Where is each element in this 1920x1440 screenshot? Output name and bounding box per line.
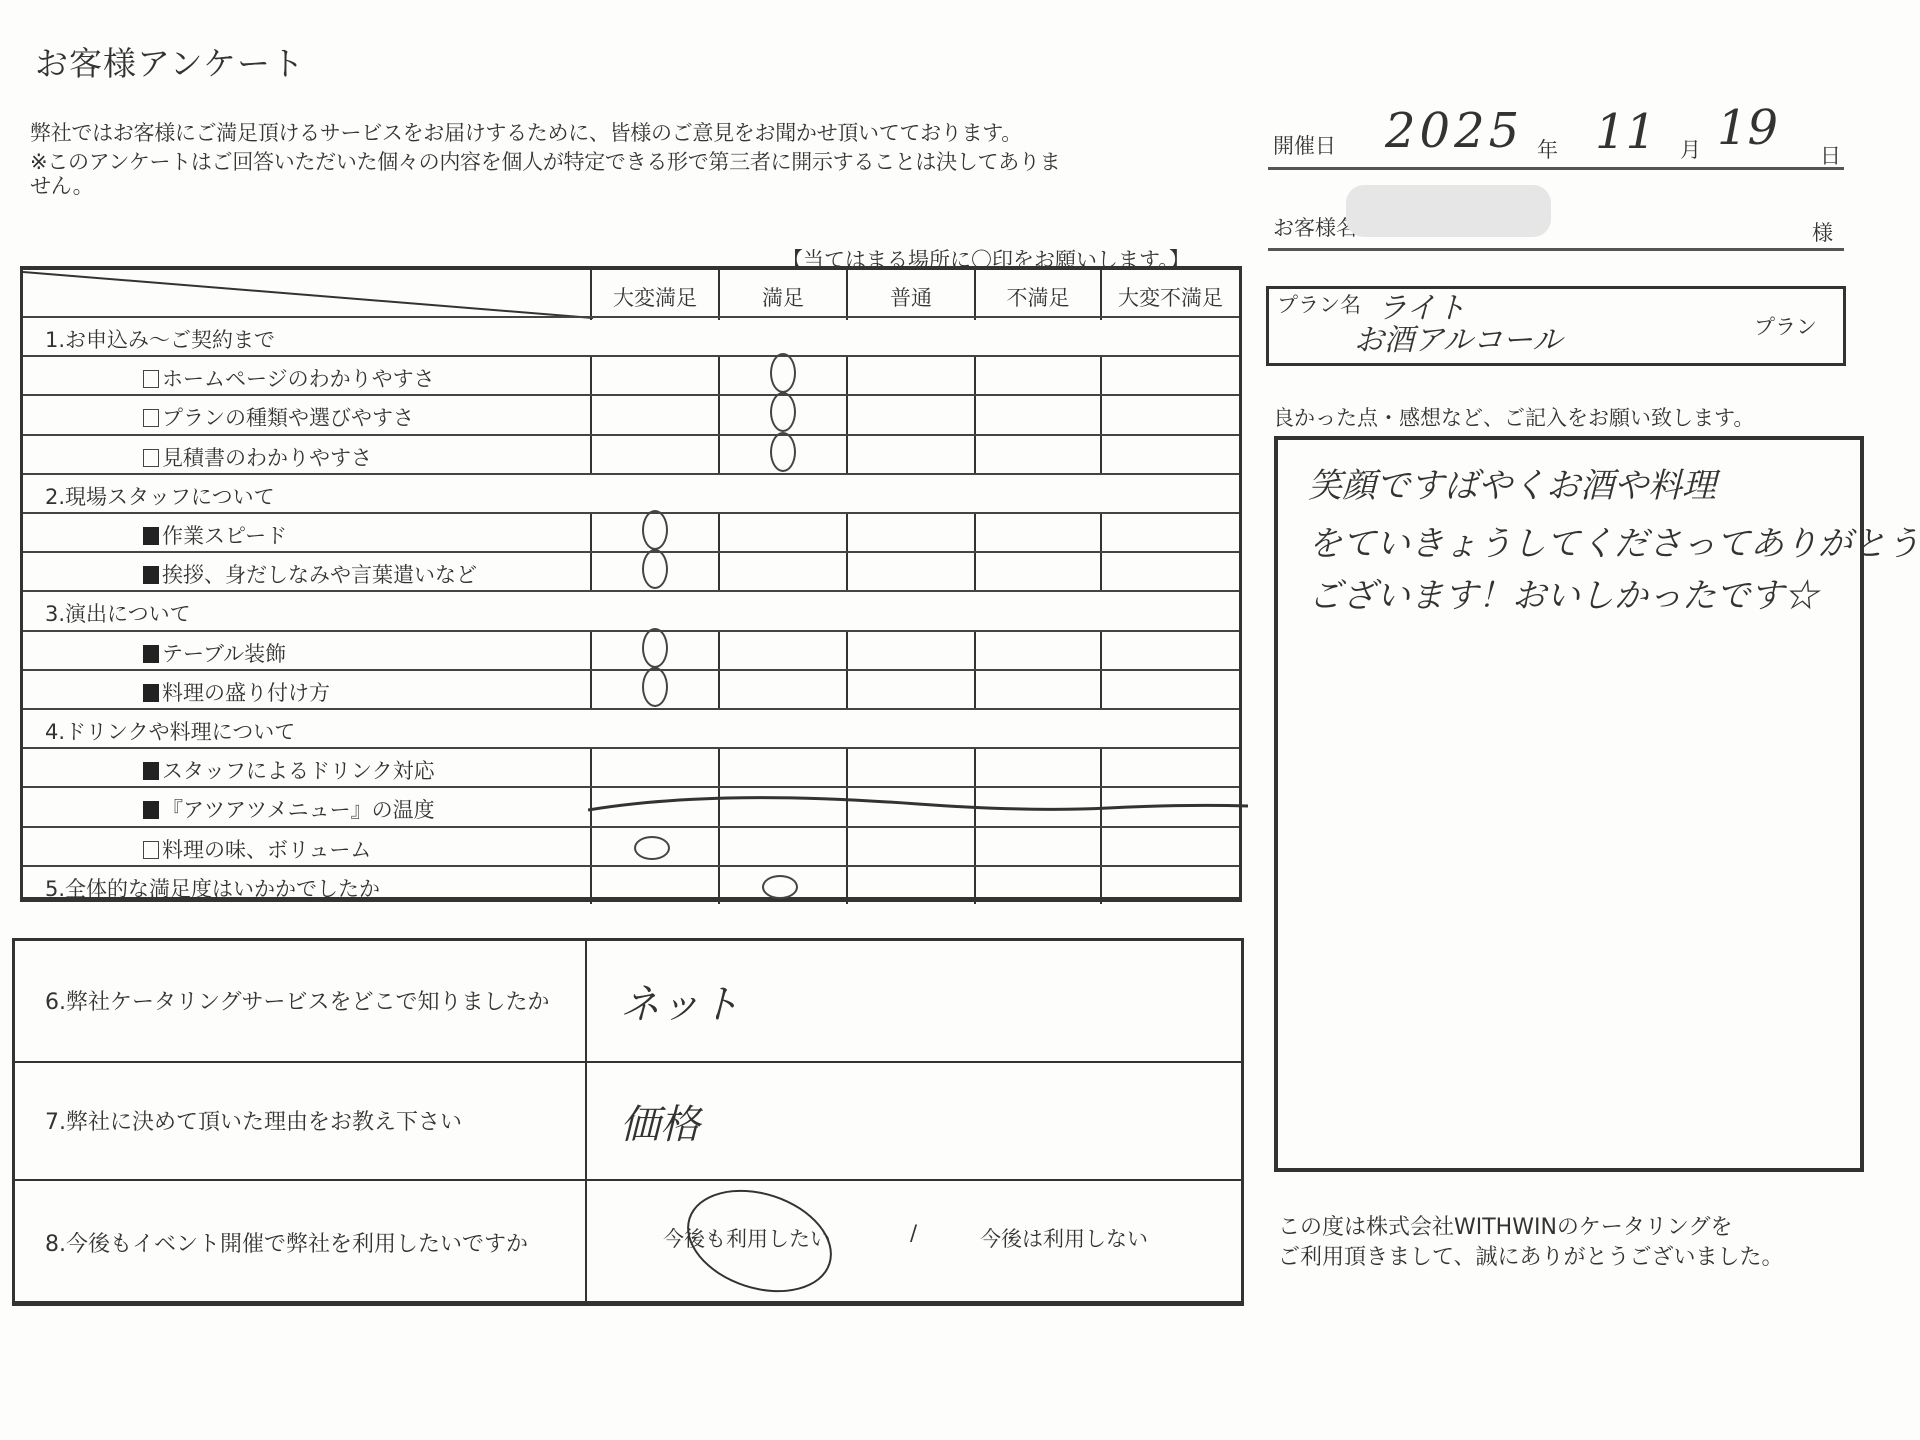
plan-box[interactable]: プラン名 ライト お酒アルコール プラン (1266, 286, 1846, 366)
rating-cell-大変不満足[interactable] (1100, 632, 1239, 669)
row-label: 料理の味、ボリューム (162, 838, 371, 862)
circle-mark (770, 392, 796, 432)
rating-cell-大変満足[interactable] (590, 749, 718, 786)
rating-cell-不満足[interactable] (974, 749, 1100, 786)
rating-row: ホームページのわかりやすさ (23, 355, 1239, 394)
row-label: 3.演出について (45, 602, 191, 626)
rating-cell-大変不満足[interactable] (1100, 867, 1239, 904)
redacted-name (1346, 185, 1551, 237)
rating-cell-普通[interactable] (846, 867, 974, 904)
checkbox-icon (143, 449, 159, 467)
rating-cell-普通[interactable] (846, 514, 974, 551)
question-row-8: 8.今後もイベント開催で弊社を利用したいですか 今後も利用したい / 今後は利用… (15, 1179, 1241, 1304)
row-label: スタッフによるドリンク対応 (162, 759, 435, 783)
rating-row: 料理の盛り付け方 (23, 669, 1239, 708)
rating-cell-満足[interactable] (718, 671, 846, 708)
filled-square-icon (143, 801, 159, 819)
footer-line-1: この度は株式会社WITHWINのケータリングを (1278, 1210, 1732, 1241)
rating-cell-普通[interactable] (846, 396, 974, 433)
rating-cell-普通[interactable] (846, 632, 974, 669)
column-header: 大変不満足 (1100, 270, 1239, 320)
comment-line-2: をていきょうしてくださってありがとう (1308, 516, 1920, 565)
day-unit: 日 (1820, 140, 1841, 170)
rating-cell-普通[interactable] (846, 553, 974, 590)
rating-cell-不満足[interactable] (974, 867, 1100, 904)
intro-line-3: せん。 (30, 170, 93, 200)
answer-7[interactable]: 価格 (620, 1093, 700, 1150)
option-separator: / (910, 1221, 917, 1245)
rating-cell-満足[interactable] (718, 357, 846, 394)
checkbox-icon (143, 841, 159, 859)
rating-row: 作業スピード (23, 512, 1239, 551)
customer-suffix: 様 (1812, 217, 1833, 247)
rating-cell-不満足[interactable] (974, 632, 1100, 669)
rating-cell-普通[interactable] (846, 828, 974, 865)
circle-mark (634, 836, 670, 860)
rating-cell-大変満足[interactable] (590, 632, 718, 669)
question-row-6: 6.弊社ケータリングサービスをどこで知りましたか ネット (15, 941, 1241, 1061)
section-row: 3.演出について (23, 590, 1239, 629)
column-header: 普通 (846, 270, 974, 320)
strike-through-line (588, 788, 1248, 828)
intro-line-2: ※このアンケートはご回答いただいた個々の内容を個人が特定できる形で第三者に開示す… (30, 146, 1060, 176)
rating-cell-満足[interactable] (718, 514, 846, 551)
rating-cell-大変満足[interactable] (590, 514, 718, 551)
circle-mark (770, 432, 796, 472)
lower-question-table: 6.弊社ケータリングサービスをどこで知りましたか ネット 7.弊社に決めて頂いた… (12, 938, 1244, 1306)
row-label: プランの種類や選びやすさ (162, 406, 414, 430)
rating-row: プランの種類や選びやすさ (23, 394, 1239, 433)
year-unit: 年 (1537, 134, 1558, 164)
event-date-year: 2025 (1385, 103, 1523, 159)
rating-cell-満足[interactable] (718, 436, 846, 473)
rating-cell-大変不満足[interactable] (1100, 828, 1239, 865)
rating-cell-不満足[interactable] (974, 553, 1100, 590)
rating-row: スタッフによるドリンク対応 (23, 747, 1239, 786)
checkbox-icon (143, 409, 159, 427)
row-label: 4.ドリンクや料理について (45, 720, 295, 744)
rating-cell-満足[interactable] (718, 553, 846, 590)
rating-row: テーブル装飾 (23, 630, 1239, 669)
circle-mark (642, 549, 668, 589)
rating-cell-不満足[interactable] (974, 357, 1100, 394)
rating-cell-大変満足[interactable] (590, 396, 718, 433)
section-row: 4.ドリンクや料理について (23, 708, 1239, 747)
row-label: 2.現場スタッフについて (45, 485, 275, 509)
rating-cell-普通[interactable] (846, 436, 974, 473)
rating-cell-大変不満足[interactable] (1100, 357, 1239, 394)
rating-row: 挨拶、身だしなみや言葉遣いなど (23, 551, 1239, 590)
customer-underline (1268, 248, 1844, 251)
comment-line-3: ございます！おいしかったです☆ (1308, 568, 1818, 617)
rating-table: 大変満足満足普通不満足大変不満足 1.お申込み～ご契約までホームページのわかりや… (20, 266, 1242, 902)
plan-value-line-2: お酒アルコール (1354, 315, 1562, 359)
circle-mark (642, 667, 668, 707)
month-unit: 月 (1680, 134, 1701, 164)
rating-cell-不満足[interactable] (974, 828, 1100, 865)
header-diagonal (23, 270, 593, 320)
rating-row: 5.全体的な満足度はいかかでしたか (23, 865, 1239, 904)
filled-square-icon (143, 684, 159, 702)
rating-cell-不満足[interactable] (974, 396, 1100, 433)
row-label: 『アツアツメニュー』の温度 (162, 798, 435, 822)
rating-cell-大変不満足[interactable] (1100, 396, 1239, 433)
column-header: 大変満足 (590, 270, 718, 320)
rating-cell-不満足[interactable] (974, 514, 1100, 551)
rating-cell-不満足[interactable] (974, 436, 1100, 473)
rating-cell-普通[interactable] (846, 749, 974, 786)
circle-mark (762, 875, 798, 899)
rating-cell-不満足[interactable] (974, 671, 1100, 708)
column-header: 不満足 (974, 270, 1100, 320)
row-label: テーブル装飾 (162, 642, 286, 666)
comments-box[interactable]: 笑顔ですばやくお酒や料理 をていきょうしてくださってありがとう ございます！おい… (1274, 436, 1864, 1172)
intro-line-1: 弊社ではお客様にご満足頂けるサービスをお届けするために、皆様のご意見をお聞かせ頂… (30, 117, 1022, 147)
comments-label: 良かった点・感想など、ご記入をお願い致します。 (1273, 402, 1754, 432)
question-7: 7.弊社に決めて頂いた理由をお教え下さい (45, 1105, 462, 1136)
rating-row: 『アツアツメニュー』の温度 (23, 786, 1239, 825)
rating-cell-満足[interactable] (718, 828, 846, 865)
rating-cell-大変満足[interactable] (590, 671, 718, 708)
rating-row: 見積書のわかりやすさ (23, 434, 1239, 473)
event-date-label: 開催日 (1273, 130, 1336, 160)
rating-cell-普通[interactable] (846, 671, 974, 708)
page-title: お客様アンケート (35, 38, 305, 85)
circle-mark (770, 353, 796, 393)
row-label: 挨拶、身だしなみや言葉遣いなど (162, 563, 477, 587)
section-row: 1.お申込み～ご契約まで (23, 316, 1239, 355)
selected-circle-mark (674, 1172, 845, 1309)
plan-suffix: プラン (1754, 311, 1817, 341)
rating-cell-大変不満足[interactable] (1100, 671, 1239, 708)
checkbox-icon (143, 370, 159, 388)
filled-square-icon (143, 645, 159, 663)
rating-cell-満足[interactable] (718, 749, 846, 786)
event-date-month: 11 (1595, 104, 1656, 160)
row-label: 1.お申込み～ご契約まで (45, 328, 275, 352)
option-will-not-use[interactable]: 今後は利用しない (980, 1223, 1148, 1253)
rating-cell-大変満足[interactable] (590, 553, 718, 590)
rating-cell-大変不満足[interactable] (1100, 749, 1239, 786)
date-underline (1268, 167, 1844, 170)
rating-cell-普通[interactable] (846, 357, 974, 394)
filled-square-icon (143, 566, 159, 584)
rating-cell-大変不満足[interactable] (1100, 436, 1239, 473)
row-label: ホームページのわかりやすさ (162, 367, 435, 391)
customer-name-label: お客様名 (1273, 212, 1357, 242)
rating-cell-大変不満足[interactable] (1100, 553, 1239, 590)
row-label: 作業スピード (162, 524, 287, 548)
row-label: 見積書のわかりやすさ (162, 446, 372, 470)
rating-row: 料理の味、ボリューム (23, 826, 1239, 865)
rating-cell-満足[interactable] (718, 632, 846, 669)
comment-line-1: 笑顔ですばやくお酒や料理 (1308, 458, 1716, 507)
event-date-day: 19 (1717, 100, 1778, 156)
plan-label: プラン名 (1277, 289, 1361, 319)
circle-mark (642, 628, 668, 668)
question-6: 6.弊社ケータリングサービスをどこで知りましたか (45, 985, 550, 1016)
rating-cell-大変満足[interactable] (590, 867, 718, 904)
column-header: 満足 (718, 270, 846, 320)
rating-cell-大変満足[interactable] (590, 828, 718, 865)
row-label: 料理の盛り付け方 (162, 681, 330, 705)
rating-cell-大変満足[interactable] (590, 436, 718, 473)
question-8: 8.今後もイベント開催で弊社を利用したいですか (45, 1227, 528, 1258)
footer-line-2: ご利用頂きまして、誠にありがとうございました。 (1278, 1240, 1784, 1271)
answer-6[interactable]: ネット (620, 973, 740, 1030)
filled-square-icon (143, 762, 159, 780)
rating-cell-大変不満足[interactable] (1100, 514, 1239, 551)
row-label: 5.全体的な満足度はいかかでしたか (45, 877, 380, 901)
rating-cell-大変満足[interactable] (590, 357, 718, 394)
filled-square-icon (143, 527, 159, 545)
question-row-7: 7.弊社に決めて頂いた理由をお教え下さい 価格 (15, 1061, 1241, 1179)
rating-cell-満足[interactable] (718, 396, 846, 433)
rating-cell-満足[interactable] (718, 867, 846, 904)
section-row: 2.現場スタッフについて (23, 473, 1239, 512)
circle-mark (642, 510, 668, 550)
